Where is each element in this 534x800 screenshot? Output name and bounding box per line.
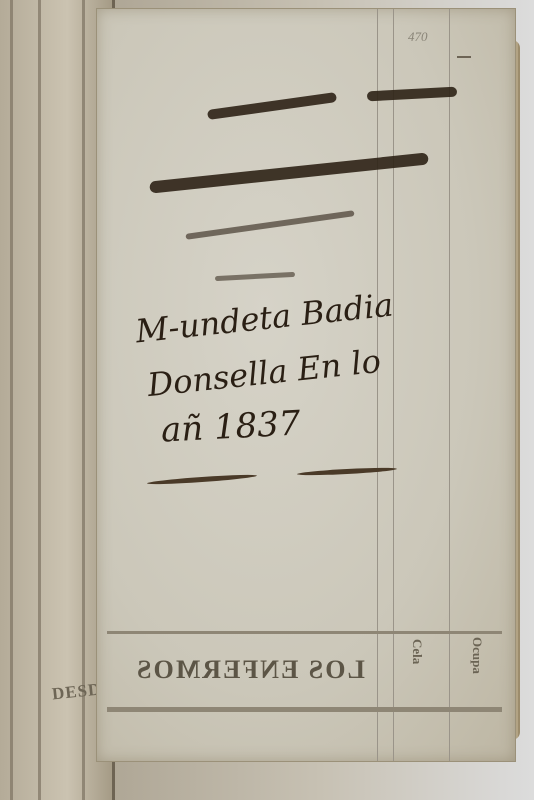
crossed-out-line — [367, 87, 457, 102]
left-page-rule — [38, 0, 41, 800]
left-page-rule — [10, 0, 13, 800]
inscription-line-3: añ 1837 — [160, 403, 301, 450]
footer-printed-label: LOS ENFERMOS — [135, 655, 365, 685]
crossed-out-line — [215, 272, 295, 281]
crossed-out-line — [207, 92, 337, 120]
footer-bottom-rule — [107, 707, 502, 712]
inscription-line-2: Donsella En lo — [146, 342, 383, 404]
page-vertical-rule — [449, 9, 450, 761]
footer-column-label: Cela — [409, 639, 425, 664]
footer-column-label: Ocupa — [469, 637, 485, 674]
crossed-out-line — [185, 210, 354, 240]
page-mark — [457, 56, 471, 58]
crossed-out-line — [149, 152, 429, 193]
page-vertical-rule — [393, 9, 394, 761]
page-number: 470 — [408, 29, 428, 45]
flourish-stroke — [147, 473, 257, 486]
flourish-stroke — [297, 466, 397, 476]
footer-top-rule — [107, 631, 502, 634]
left-page-printed-fragment: DESD — [51, 679, 102, 704]
page-vertical-rule — [377, 9, 378, 761]
left-page-rule — [82, 0, 85, 800]
inscription-line-1: M-undeta Badia — [134, 286, 395, 351]
right-page: 470 M-undeta Badia Donsella En lo añ 183… — [96, 8, 516, 762]
